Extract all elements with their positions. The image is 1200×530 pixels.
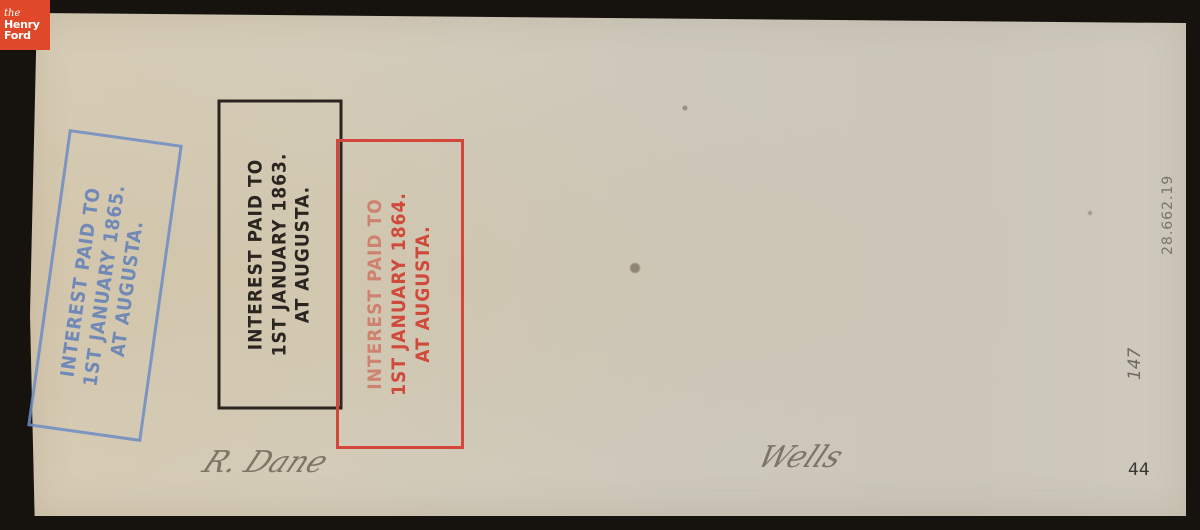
logo-ford: Ford (4, 30, 50, 41)
document-paper (30, 13, 1186, 516)
stamp-line: AT AUGUSTA. (412, 225, 436, 362)
henry-ford-logo[interactable]: the Henry Ford (0, 0, 50, 50)
stamp-line: 1ST JANUARY 1863. (268, 153, 292, 357)
stamp-line: INTEREST PAID TO (244, 159, 268, 350)
handwritten-signature-right: Wells (752, 440, 849, 475)
pencil-note: 147 (1125, 348, 1145, 380)
handwritten-signature-left: R. Dane (197, 445, 334, 480)
stamp-line: INTEREST PAID TO (364, 198, 388, 389)
interest-stamp-black: INTEREST PAID TO 1ST JANUARY 1863. AT AU… (218, 100, 343, 410)
stamp-line: AT AUGUSTA. (292, 186, 316, 323)
interest-stamp-red: INTEREST PAID TO 1ST JANUARY 1864. AT AU… (336, 139, 464, 449)
pencil-note-number: 44 (1128, 460, 1150, 480)
accession-number: 28.662.19 (1160, 175, 1176, 255)
stamp-line: 1ST JANUARY 1864. (388, 192, 412, 396)
